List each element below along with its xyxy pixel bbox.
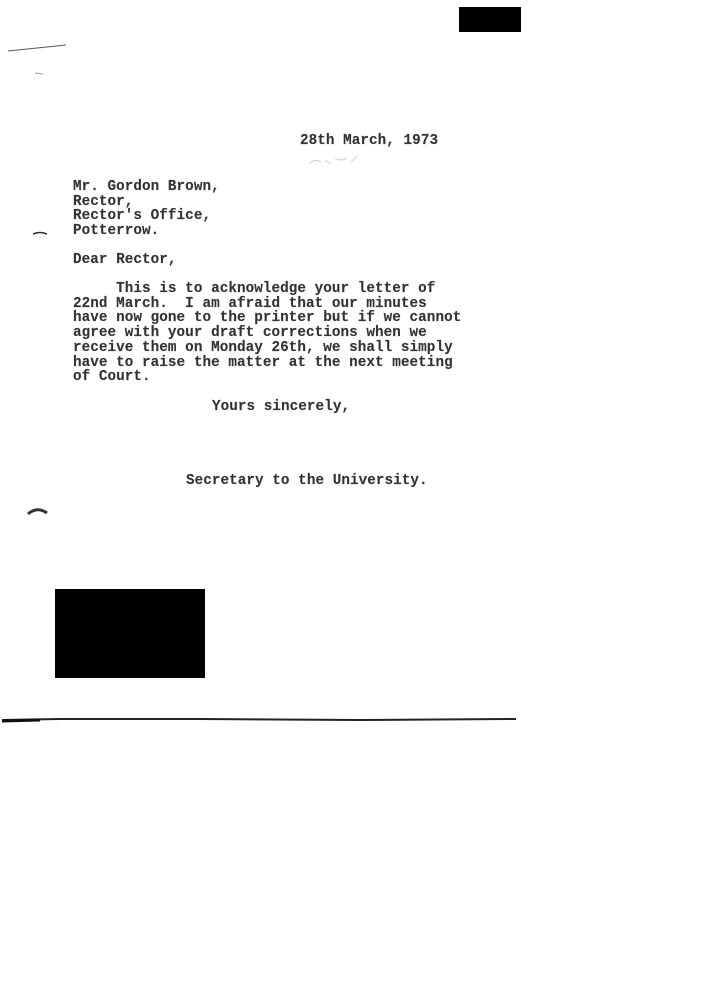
body-line-5: receive them on Monday 26th, we shall si… xyxy=(73,341,453,356)
body-line-3: have now gone to the printer but if we c… xyxy=(73,311,461,326)
horizontal-rule xyxy=(0,712,520,726)
signatory: Secretary to the University. xyxy=(186,474,428,489)
faint-stamp xyxy=(305,152,365,172)
redaction-block-top xyxy=(459,7,521,32)
redaction-block-bottom xyxy=(55,589,205,678)
salutation: Dear Rector, xyxy=(73,253,177,268)
address-line-3: Rector's Office, xyxy=(73,209,211,224)
body-line-7: of Court. xyxy=(73,370,151,385)
letter-date: 28th March, 1973 xyxy=(300,134,438,149)
address-line-4: Potterrow. xyxy=(73,224,159,239)
body-line-4: agree with your draft corrections when w… xyxy=(73,326,427,341)
body-line-6: have to raise the matter at the next mee… xyxy=(73,356,453,371)
scan-mark-left-2 xyxy=(25,503,55,518)
address-line-1: Mr. Gordon Brown, xyxy=(73,180,220,195)
body-line-1: This is to acknowledge your letter of xyxy=(73,282,435,297)
scan-mark-top-left xyxy=(0,0,80,90)
closing: Yours sincerely, xyxy=(212,400,350,415)
scan-mark-left-1 xyxy=(30,228,50,238)
